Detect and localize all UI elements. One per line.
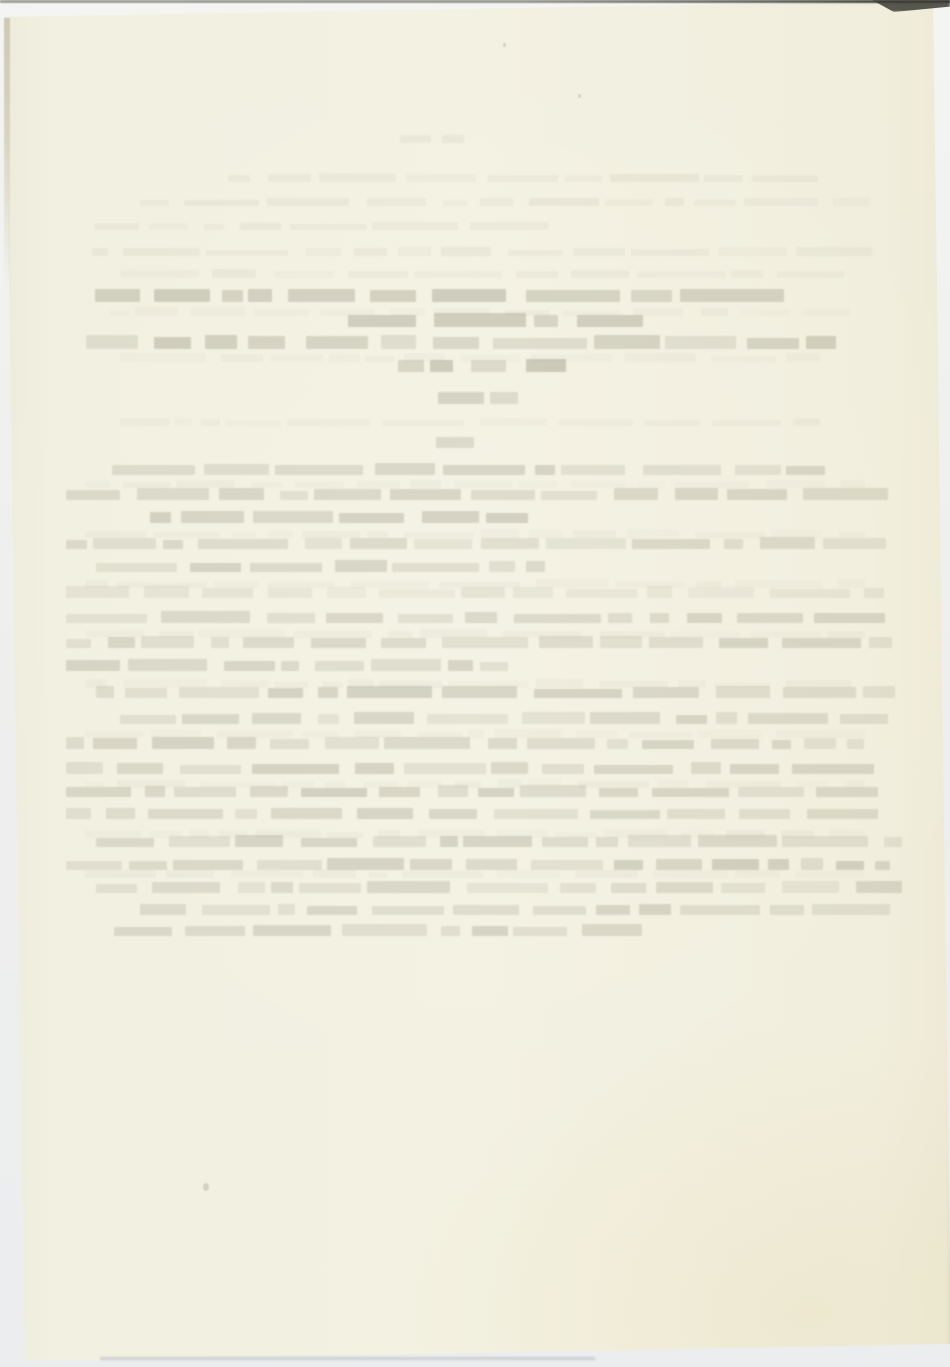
page-edge-shadow <box>4 18 10 288</box>
paper-sheet <box>0 0 950 1367</box>
paper-speck <box>578 94 581 98</box>
scan-top-border <box>0 0 950 3</box>
page-bottom-shadow <box>100 1357 595 1360</box>
paper-speck <box>503 43 506 47</box>
scanned-document-page <box>0 0 950 1367</box>
paper-speck <box>203 1183 209 1191</box>
